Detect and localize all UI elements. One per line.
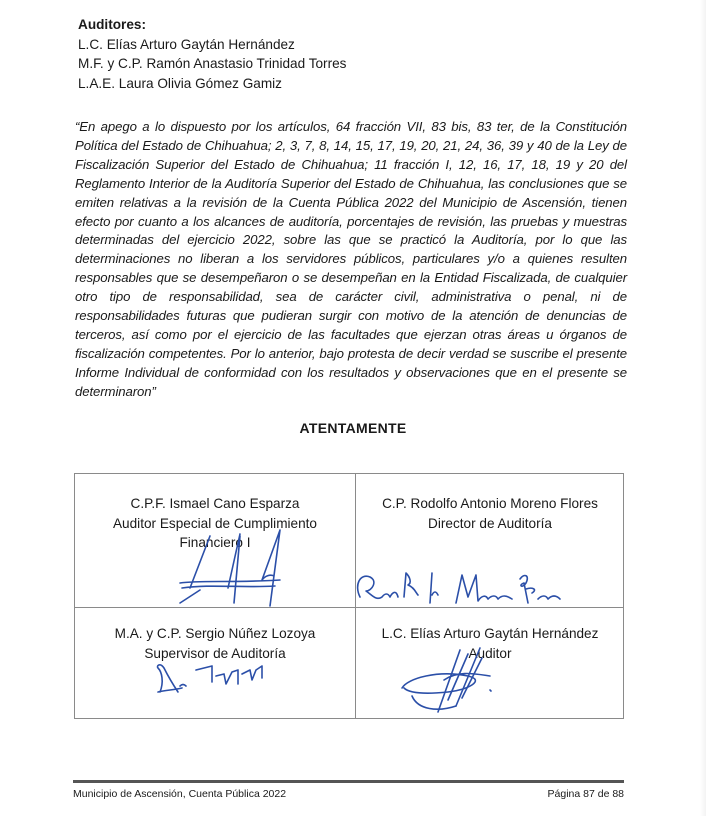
footer-page-number: Página 87 de 88 (548, 788, 624, 800)
signature-table: C.P.F. Ismael Cano Esparza Auditor Espec… (74, 473, 624, 719)
closing-salutation: ATENTAMENTE (0, 420, 706, 436)
signatory-cell: M.A. y C.P. Sergio Núñez Lozoya Supervis… (75, 624, 355, 663)
auditors-heading: Auditores: (78, 15, 346, 35)
signatory-title: Director de Auditoría (356, 514, 624, 534)
auditor-name: L.A.E. Laura Olivia Gómez Gamiz (78, 74, 346, 94)
signatory-title: Supervisor de Auditoría (75, 644, 355, 664)
legal-statement: “En apego a lo dispuesto por los artícul… (75, 118, 627, 402)
signatory-name: C.P. Rodolfo Antonio Moreno Flores (356, 494, 624, 514)
footer-divider (73, 780, 624, 783)
auditor-name: M.F. y C.P. Ramón Anastasio Trinidad Tor… (78, 54, 346, 74)
signatory-name: M.A. y C.P. Sergio Núñez Lozoya (75, 624, 355, 644)
auditor-name: L.C. Elías Arturo Gaytán Hernández (78, 35, 346, 55)
signatory-name: L.C. Elías Arturo Gaytán Hernández (356, 624, 624, 644)
page-edge (700, 0, 706, 816)
table-horizontal-divider (75, 607, 623, 608)
signatory-title: Auditor (356, 644, 624, 664)
signatory-cell: C.P.F. Ismael Cano Esparza Auditor Espec… (75, 494, 355, 553)
auditors-block: Auditores: L.C. Elías Arturo Gaytán Hern… (78, 15, 346, 93)
footer-document-name: Municipio de Ascensión, Cuenta Pública 2… (73, 788, 286, 800)
signatory-title: Auditor Especial de Cumplimiento Financi… (100, 514, 330, 553)
signatory-cell: L.C. Elías Arturo Gaytán Hernández Audit… (356, 624, 624, 663)
signatory-cell: C.P. Rodolfo Antonio Moreno Flores Direc… (356, 494, 624, 533)
signatory-name: C.P.F. Ismael Cano Esparza (75, 494, 355, 514)
